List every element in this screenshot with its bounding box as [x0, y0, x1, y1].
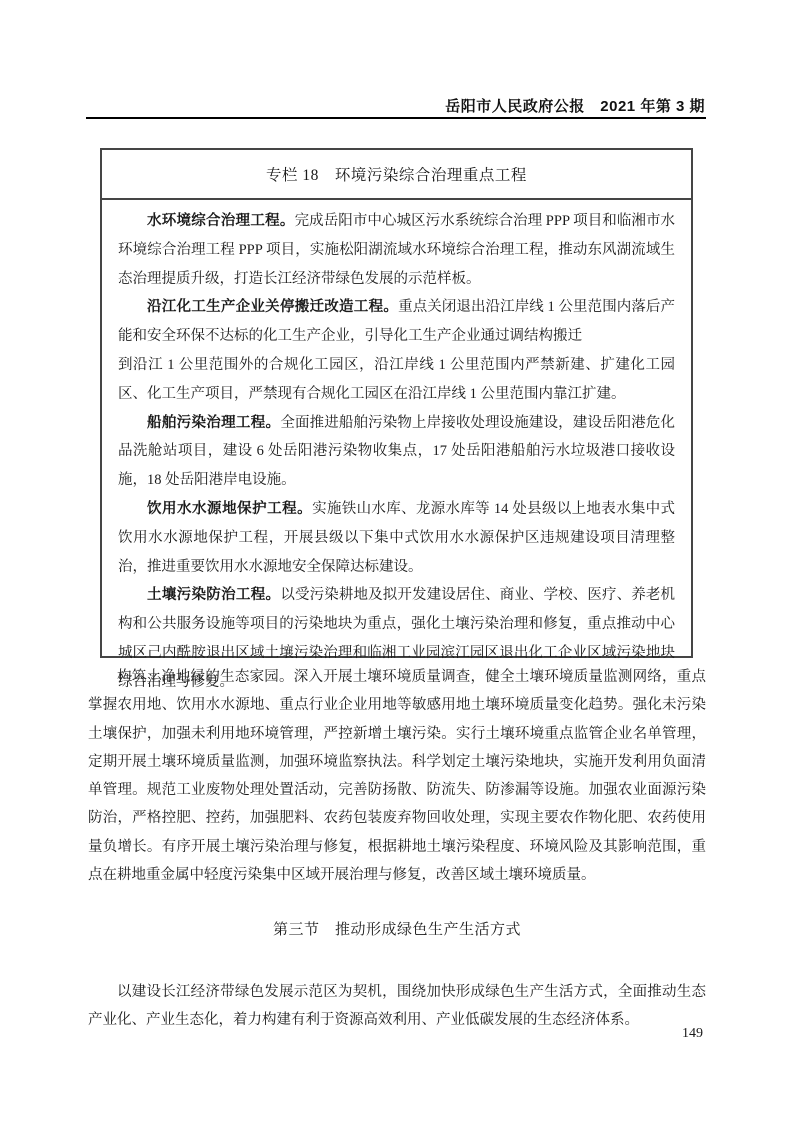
box-paragraph-chemical-lead: 沿江化工生产企业关停搬迁改造工程。	[147, 299, 398, 315]
box-paragraph-ship-lead: 船舶污染治理工程。	[147, 415, 280, 431]
box-paragraph-soil-lead: 土壤污染防治工程。	[147, 587, 280, 603]
column-box-title: 专栏 18 环境污染综合治理重点工程	[102, 150, 691, 200]
gazette-page: 岳阳市人民政府公报 2021 年第 3 期 专栏 18 环境污染综合治理重点工程…	[0, 0, 793, 1122]
page-number: 149	[682, 1026, 703, 1042]
box-paragraph-chemical: 沿江化工生产企业关停搬迁改造工程。重点关闭退出沿江岸线 1 公里范围内落后产能和…	[118, 293, 675, 351]
page-header-title: 岳阳市人民政府公报 2021 年第 3 期	[445, 95, 705, 116]
soil-ecology-paragraph: 构筑土净地绿的生态家园。深入开展土壤环境质量调查，健全土壤环境质量监测网络，重点…	[88, 663, 706, 889]
box-paragraph-drinking-water: 饮用水水源地保护工程。实施铁山水库、龙源水库等 14 处县级以上地表水集中式饮用…	[118, 495, 675, 581]
section-3-heading: 第三节 推动形成绿色生产生活方式	[88, 916, 706, 944]
box-paragraph-ship: 船舶污染治理工程。全面推进船舶污染物上岸接收处理设施建设，建设岳阳港危化品洗舱站…	[118, 409, 675, 495]
box-paragraph-drinking-water-lead: 饮用水水源地保护工程。	[147, 501, 312, 517]
column-18-box: 专栏 18 环境污染综合治理重点工程 水环境综合治理工程。完成岳阳市中心城区污水…	[100, 148, 693, 658]
column-box-body: 水环境综合治理工程。完成岳阳市中心城区污水系统综合治理 PPP 项目和临湘市水环…	[102, 200, 691, 697]
box-paragraph-water-lead: 水环境综合治理工程。	[147, 213, 295, 229]
box-paragraph-chemical-continued: 到沿江 1 公里范围外的合规化工园区，沿江岸线 1 公里范围内严禁新建、扩建化工…	[118, 351, 675, 409]
main-content: 构筑土净地绿的生态家园。深入开展土壤环境质量调查，健全土壤环境质量监测网络，重点…	[88, 663, 706, 1034]
green-production-paragraph: 以建设长江经济带绿色发展示范区为契机，围绕加快形成绿色生产生活方式，全面推动生态…	[88, 978, 706, 1035]
box-paragraph-water: 水环境综合治理工程。完成岳阳市中心城区污水系统综合治理 PPP 项目和临湘市水环…	[118, 207, 675, 293]
header-rule	[86, 117, 706, 119]
